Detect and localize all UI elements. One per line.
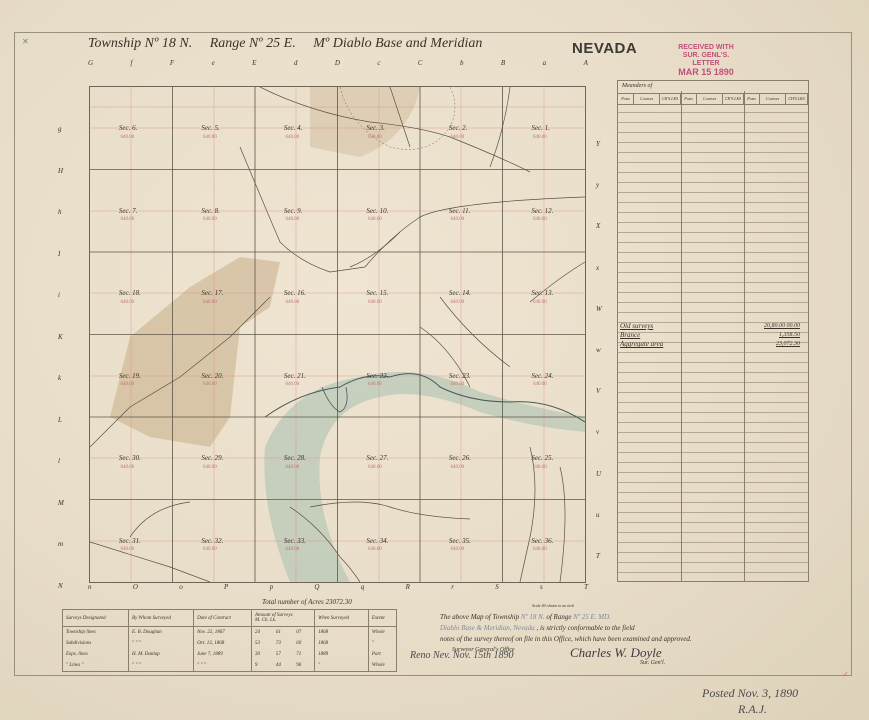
survey-table-header: When Surveyed	[315, 610, 369, 627]
cert-state-fill: Nevada	[513, 624, 534, 632]
base-meridian-label: Mº Diablo Base and Meridian	[313, 36, 482, 51]
section-label: Sec. 3.	[366, 124, 384, 132]
area-summary-row: Brance1,358.50	[620, 331, 810, 340]
survey-table-cell: 9	[252, 660, 273, 672]
section-label: Sec. 29.	[201, 454, 223, 462]
survey-table-cell: "	[368, 638, 396, 649]
survey-table-row: Township linesE. B. DoughanNov. 22, 1867…	[63, 627, 397, 639]
survey-table-cell: " " "	[129, 660, 194, 672]
section-label: Sec. 7.	[119, 207, 137, 215]
survey-table-cell: 71	[293, 649, 314, 660]
survey-table-cell: 60	[293, 638, 314, 649]
section-acreage: 640.00	[368, 135, 382, 140]
border-letter: D	[335, 59, 340, 67]
survey-table-cell: "	[315, 660, 369, 672]
section-label: Sec. 36.	[531, 537, 553, 545]
section-acreage: 640.00	[368, 300, 382, 305]
section-label: Sec. 23.	[449, 372, 471, 380]
bottom-border-letters: nOoPpQqRrSsT	[88, 583, 588, 591]
section-label: Sec. 22.	[366, 372, 388, 380]
section-acreage: 640.00	[203, 382, 217, 387]
border-letter: X	[596, 222, 602, 230]
survey-table-cell: Nov. 22, 1867	[194, 627, 252, 639]
section-acreage: 640.00	[203, 300, 217, 305]
border-letter: Y	[596, 140, 602, 148]
section-label: Sec. 5.	[201, 124, 219, 132]
border-letter: h	[58, 208, 64, 216]
border-letter: N	[58, 582, 64, 590]
cert-text: The above Map of Township	[440, 613, 519, 621]
border-letter: S	[495, 583, 499, 591]
section-label: Sec. 15.	[366, 289, 388, 297]
section-acreage: 640.00	[533, 135, 547, 140]
section-acreage: 640.00	[533, 547, 547, 552]
township-plat: Sec. 6.640.00Sec. 5.640.00Sec. 4.640.00S…	[89, 86, 586, 583]
border-letter: K	[58, 333, 64, 341]
survey-map-sheet: ✕ ✓ Township Nº 18 N. Range Nº 25 E. Mº …	[0, 0, 869, 720]
section-acreage: 640.00	[121, 217, 135, 222]
border-letter: W	[596, 305, 602, 313]
plat-drawing	[90, 87, 585, 582]
section-label: Sec. 14.	[449, 289, 471, 297]
section-label: Sec. 34.	[366, 537, 388, 545]
section-label: Sec. 35.	[449, 537, 471, 545]
area-label: Brance	[620, 331, 640, 340]
border-letter: U	[596, 470, 602, 478]
survey-table-cell: Oct. 13, 1868	[194, 638, 252, 649]
signature-title: Sur. Gen'l.	[640, 660, 665, 666]
section-acreage: 640.00	[451, 300, 465, 305]
border-letter: k	[58, 374, 64, 382]
border-letter: a	[543, 59, 547, 67]
received-stamp: RECEIVED WITH SUR. GENL'S. LETTER MAR 15…	[676, 44, 736, 76]
border-letter: x	[596, 264, 602, 272]
survey-table-cell: 73	[273, 638, 293, 649]
section-acreage: 640.00	[368, 217, 382, 222]
section-acreage: 640.00	[286, 135, 300, 140]
section-label: Sec. 32.	[201, 537, 223, 545]
cert-base-fill: Diablo Base & Meridian,	[440, 624, 512, 632]
stamp-line: SUR. GENL'S. LETTER	[676, 52, 736, 68]
section-acreage: 640.00	[121, 547, 135, 552]
corner-mark-icon: ✕	[22, 37, 29, 46]
section-acreage: 640.00	[368, 547, 382, 552]
survey-table-cell: Whole	[368, 660, 396, 672]
survey-table-cell: Whole	[368, 627, 396, 639]
survey-table-cell: Exps. lines	[63, 649, 129, 660]
border-letter: y	[596, 181, 602, 189]
survey-table-cell: 07	[293, 627, 314, 639]
township-label: Township Nº 18 N.	[88, 36, 192, 51]
border-letter: c	[377, 59, 380, 67]
section-label: Sec. 6.	[119, 124, 137, 132]
section-acreage: 640.00	[121, 135, 135, 140]
section-acreage: 640.00	[451, 135, 465, 140]
border-letter: P	[224, 583, 228, 591]
section-acreage: 640.00	[203, 465, 217, 470]
section-label: Sec. 16.	[284, 289, 306, 297]
stamp-date: MAR 15 1890	[676, 68, 736, 76]
survey-table-row: Exps. linesH. M. DunlapJune 7, 188930577…	[63, 649, 397, 660]
cert-text: of Range	[546, 613, 571, 621]
border-letter: r	[451, 583, 454, 591]
total-acres-label: Total number of Acres 23072.30	[262, 598, 352, 606]
place-date: Reno Nev. Nov. 15th 1890	[410, 650, 514, 661]
section-acreage: 640.00	[286, 465, 300, 470]
survey-table-cell: 53	[252, 638, 273, 649]
survey-table-cell: " Lines "	[63, 660, 129, 672]
border-letter: b	[460, 59, 464, 67]
section-acreage: 640.00	[533, 465, 547, 470]
border-letter: I	[58, 250, 64, 258]
section-acreage: 640.00	[203, 217, 217, 222]
check-mark-icon: ✓	[842, 670, 849, 679]
survey-table-header: Extent	[368, 610, 396, 627]
border-letter: M	[58, 499, 64, 507]
survey-table-header: Date of Contract	[194, 610, 252, 627]
border-letter: G	[88, 59, 93, 67]
section-acreage: 640.00	[451, 547, 465, 552]
border-letter: T	[596, 552, 602, 560]
survey-table-cell: 24	[252, 627, 273, 639]
survey-table-cell: 30	[252, 649, 273, 660]
border-letter: g	[58, 125, 64, 133]
border-letter: T	[584, 583, 588, 591]
section-label: Sec. 19.	[119, 372, 141, 380]
border-letter: m	[58, 540, 64, 548]
survey-table-header: Amount of SurveysM. Ch. Lk.	[252, 610, 315, 627]
border-letter: V	[596, 387, 602, 395]
section-label: Sec. 4.	[284, 124, 302, 132]
section-label: Sec. 18.	[119, 289, 141, 297]
section-acreage: 640.00	[121, 465, 135, 470]
section-acreage: 640.00	[121, 300, 135, 305]
border-letter: F	[170, 59, 174, 67]
cert-text: notes of the survey thereof on file in t…	[440, 634, 760, 645]
survey-table-cell: E. B. Doughan	[129, 627, 194, 639]
section-label: Sec. 26.	[449, 454, 471, 462]
section-acreage: 640.00	[286, 217, 300, 222]
right-border-letters: YyXxWwVvUuT	[596, 140, 602, 560]
area-summary: Old surveys20,80.00 00.00Brance1,358.50A…	[620, 322, 810, 349]
top-border-letters: GfFeEdDcCbBaA	[88, 59, 588, 67]
signature: Charles W. Doyle	[570, 645, 662, 661]
section-label: Sec. 11.	[449, 207, 470, 215]
survey-table-cell: Part	[368, 649, 396, 660]
border-letter: u	[596, 511, 602, 519]
section-acreage: 640.00	[286, 300, 300, 305]
section-label: Sec. 13.	[531, 289, 553, 297]
section-acreage: 640.00	[451, 217, 465, 222]
border-letter: w	[596, 346, 602, 354]
cert-township-fill: Nº 18 N.	[521, 613, 545, 621]
survey-table-cell: 96	[293, 660, 314, 672]
survey-table-cell: 44	[273, 660, 293, 672]
survey-table-header: Surveys Designated	[63, 610, 129, 627]
area-label: Aggregate area	[620, 340, 663, 349]
border-letter: l	[58, 457, 64, 465]
area-value: 23,072.30	[776, 340, 810, 349]
survey-table-cell: 1868	[315, 627, 369, 639]
survey-table-cell: " " "	[194, 660, 252, 672]
border-letter: B	[501, 59, 505, 67]
border-letter: E	[252, 59, 256, 67]
area-label: Old surveys	[620, 322, 653, 331]
section-label: Sec. 20.	[201, 372, 223, 380]
section-label: Sec. 10.	[366, 207, 388, 215]
section-label: Sec. 9.	[284, 207, 302, 215]
survey-table-cell: H. M. Dunlap	[129, 649, 194, 660]
survey-table-cell: " " "	[129, 638, 194, 649]
section-label: Sec. 2.	[449, 124, 467, 132]
section-label: Sec. 21.	[284, 372, 306, 380]
section-label: Sec. 27.	[366, 454, 388, 462]
initials-annotation: R.A.J.	[738, 702, 767, 717]
border-letter: d	[294, 59, 298, 67]
survey-table-row: " Lines "" " "" " "94496"Whole	[63, 660, 397, 672]
border-letter: O	[133, 583, 138, 591]
certificate-text: The above Map of Township Nº 18 N. of Ra…	[440, 612, 760, 645]
cert-range-fill: Nº 25 E. MD.	[573, 613, 611, 621]
survey-table-cell: 1889	[315, 649, 369, 660]
scale-note: Scale 40 chains to an inch	[532, 603, 574, 608]
section-acreage: 640.00	[451, 465, 465, 470]
section-acreage: 640.00	[286, 547, 300, 552]
border-letter: L	[58, 416, 64, 424]
section-acreage: 640.00	[533, 382, 547, 387]
border-letter: s	[540, 583, 543, 591]
border-letter: C	[418, 59, 423, 67]
meanders-title: Meanders of	[618, 81, 808, 94]
section-label: Sec. 28.	[284, 454, 306, 462]
section-label: Sec. 17.	[201, 289, 223, 297]
left-border-letters: gHhIiKkLlMmN	[58, 125, 64, 590]
border-letter: q	[361, 583, 365, 591]
section-label: Sec. 25.	[531, 454, 553, 462]
section-acreage: 640.00	[203, 547, 217, 552]
section-acreage: 640.00	[368, 382, 382, 387]
survey-table-cell: 57	[273, 649, 293, 660]
section-acreage: 640.00	[203, 135, 217, 140]
area-value: 1,358.50	[779, 331, 810, 340]
border-letter: n	[88, 583, 92, 591]
border-letter: e	[212, 59, 215, 67]
border-letter: H	[58, 167, 64, 175]
section-label: Sec. 8.	[201, 207, 219, 215]
section-label: Sec. 1.	[531, 124, 549, 132]
section-label: Sec. 33.	[284, 537, 306, 545]
section-acreage: 640.00	[451, 382, 465, 387]
survey-table-header: By Whom Surveyed	[129, 610, 194, 627]
survey-record-table: Surveys DesignatedBy Whom SurveyedDate o…	[62, 609, 397, 672]
area-summary-row: Aggregate area23,072.30	[620, 340, 810, 349]
section-acreage: 640.00	[533, 300, 547, 305]
border-letter: R	[406, 583, 410, 591]
border-letter: i	[58, 291, 64, 299]
survey-table-cell: June 7, 1889	[194, 649, 252, 660]
border-letter: Q	[314, 583, 319, 591]
section-acreage: 640.00	[368, 465, 382, 470]
section-label: Sec. 12.	[531, 207, 553, 215]
survey-table-cell: 1868	[315, 638, 369, 649]
posted-annotation: Posted Nov. 3, 1890	[702, 686, 798, 701]
survey-table-row: Subdivisions" " "Oct. 13, 18685373601868…	[63, 638, 397, 649]
border-letter: v	[596, 428, 602, 436]
section-acreage: 640.00	[121, 382, 135, 387]
border-letter: A	[584, 59, 588, 67]
border-letter: p	[270, 583, 274, 591]
survey-table-cell: Township lines	[63, 627, 129, 639]
section-label: Sec. 30.	[119, 454, 141, 462]
survey-table-cell: Subdivisions	[63, 638, 129, 649]
section-acreage: 640.00	[286, 382, 300, 387]
area-value: 20,80.00 00.00	[764, 322, 810, 331]
survey-table-cell: 61	[273, 627, 293, 639]
section-label: Sec. 24.	[531, 372, 553, 380]
border-letter: o	[179, 583, 183, 591]
range-label: Range Nº 25 E.	[210, 36, 296, 51]
border-letter: f	[131, 59, 133, 67]
stamp-line: RECEIVED WITH	[676, 44, 736, 52]
section-acreage: 640.00	[533, 217, 547, 222]
state-label: NEVADA	[572, 40, 637, 57]
cert-text: , is strictly conformable to the field	[536, 624, 634, 632]
map-title: Township Nº 18 N. Range Nº 25 E. Mº Diab…	[88, 36, 496, 52]
area-summary-row: Old surveys20,80.00 00.00	[620, 322, 810, 331]
section-label: Sec. 31.	[119, 537, 141, 545]
